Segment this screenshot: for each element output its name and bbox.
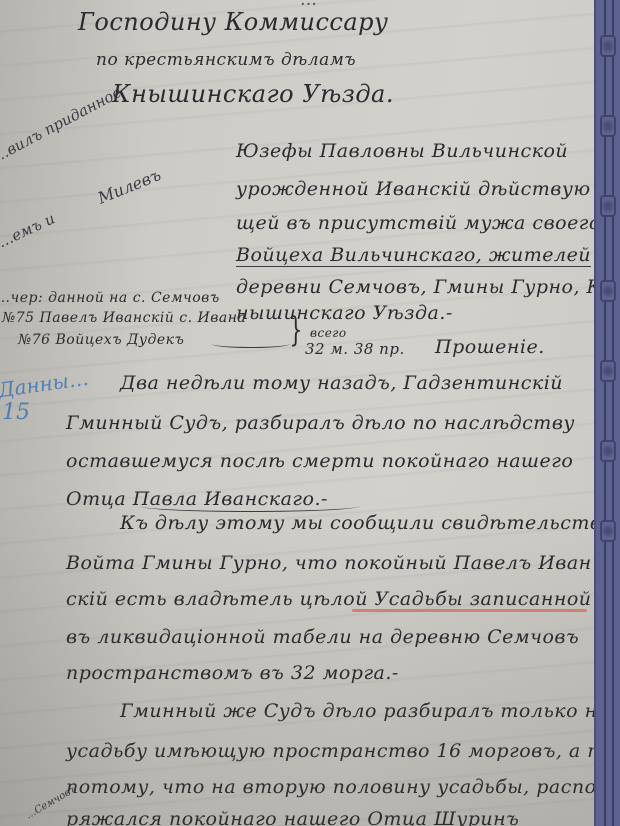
body-line: оставшемуся послѣ смерти покойнаго нашег… — [66, 450, 573, 472]
petitioner-line: урожденной Иванскiй дѣйствую — [236, 178, 591, 200]
body-line: ряжался покойнаго нашего Отца Шуринъ — [66, 808, 519, 826]
body-line: Войта Гмины Гурно, что покойный Павелъ И… — [66, 552, 592, 574]
petitioner-line: деревни Семчовъ, Гмины Гурно, Кн — [236, 276, 598, 298]
petitioner-line: щей въ присутствiй мужа своего — [236, 212, 598, 234]
petitioner-line: Войцеха Вильчинскаго, жителей — [236, 244, 591, 267]
blue-margin-number: 15 — [2, 400, 30, 425]
binding-ornament-icon — [600, 195, 616, 217]
reference-line-3: №76 Войцехъ Дудекъ — [18, 332, 184, 348]
diagonal-margin-note-1: …вилъ приданное — [0, 83, 124, 166]
binding-ornament-icon — [600, 440, 616, 462]
body-line: Гминный Судъ, разбиралъ дѣло по наслѣдст… — [66, 412, 575, 434]
body-line: Гминный же Судъ дѣло разбиралъ только на — [120, 700, 598, 722]
name-underline — [140, 500, 360, 512]
body-line: Къ дѣлу этому мы сообщили свидѣтельство — [120, 512, 598, 534]
diagonal-margin-note-2: …емъ и — [0, 209, 58, 251]
total-value: 32 м. 38 пр. — [305, 340, 405, 358]
blue-margin-note: Данны… — [0, 366, 90, 402]
brace-symbol: } — [289, 310, 302, 350]
reference-line-1: …чер: данной на с. Семчовъ — [0, 290, 220, 306]
header-department: по крестьянскимъ дѣламъ — [96, 50, 356, 70]
diagonal-margin-signature: Милевъ — [95, 165, 164, 207]
decorative-binding-strip — [594, 0, 620, 826]
petition-title: Прошенiе. — [435, 336, 545, 358]
binding-ornament-icon — [600, 360, 616, 382]
binding-ornament-icon — [600, 280, 616, 302]
red-pencil-underline — [352, 609, 587, 612]
petitioner-line: нышинскаго Уѣзда.- — [236, 302, 453, 324]
binding-ornament-icon — [600, 520, 616, 542]
binding-ornament-icon — [600, 35, 616, 57]
reference-line-2: №75 Павелъ Иванскiй с. Ивана — [2, 310, 246, 326]
document-page: … Господину Коммиссару по крестьянскимъ … — [0, 0, 598, 826]
body-line: Два недѣли тому назадъ, Гадзентинскiй — [120, 372, 563, 394]
header-addressee: Господину Коммиссару — [78, 8, 388, 36]
binding-ornament-icon — [600, 115, 616, 137]
reference-dash — [212, 340, 290, 348]
body-line: потому, что на вторую половину усадьбы, … — [66, 776, 597, 798]
body-line: скiй есть владѣтель цѣлой Усадьбы записа… — [66, 588, 592, 610]
header-district: Кнышинскаго Уѣзда. — [112, 80, 394, 108]
petitioner-line: Юзефы Павловны Вильчинской — [236, 140, 568, 162]
total-label: всего — [310, 326, 347, 340]
body-line: въ ликвидацiонной табели на деревню Семч… — [66, 626, 579, 648]
body-line: пространствомъ въ 32 морга.- — [66, 662, 399, 684]
body-line: усадьбу имѣющую пространство 16 морговъ,… — [66, 740, 598, 762]
